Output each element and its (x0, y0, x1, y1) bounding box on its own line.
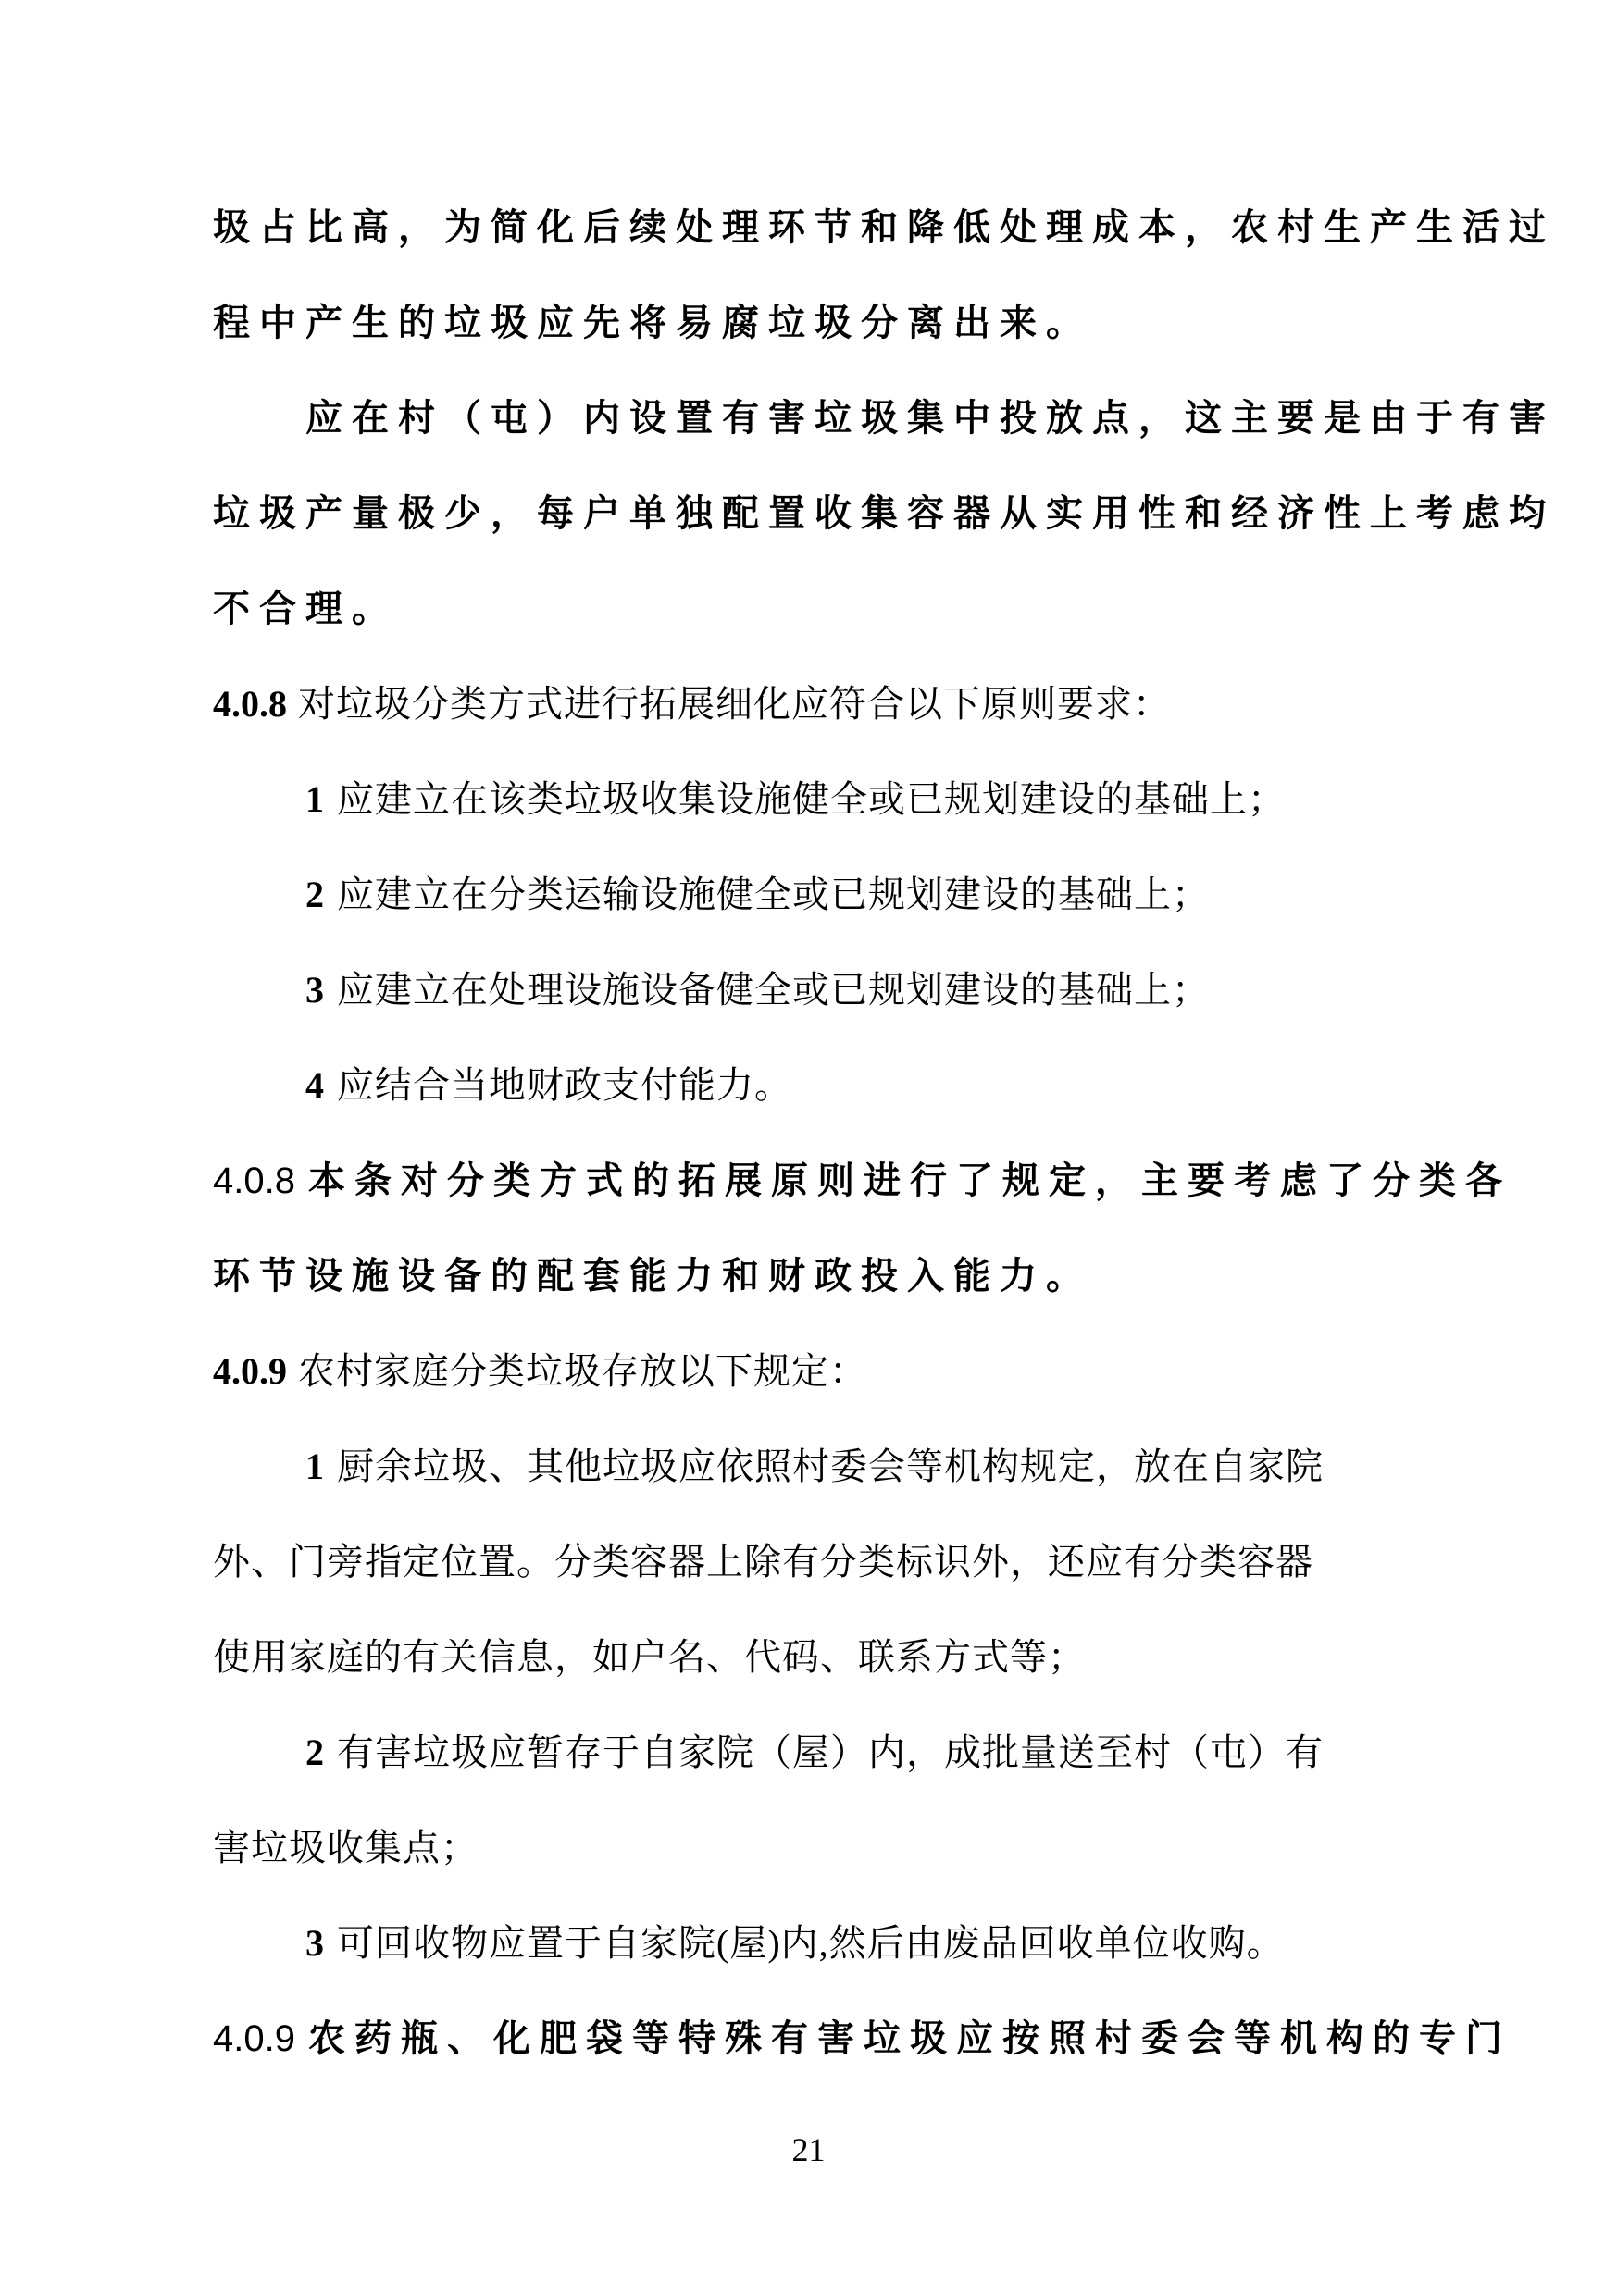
explanation-heading-4-0-9: 4.0.9农药瓶、化肥袋等特殊有害垃圾应按照村委会等机构的专门 (213, 2015, 1416, 2063)
explanation-text: 农药瓶、化肥袋等特殊有害垃圾应按照村委会等机构的专门 (308, 2017, 1511, 2060)
item-number: 1 (305, 778, 324, 820)
item-text: 可回收物应置于自家院(屋)内,然后由废品回收单位收购。 (337, 1922, 1285, 1964)
document-page: 圾占比高，为简化后续处理环节和降低处理成本，农村生产生活过 程中产生的垃圾应先将… (0, 0, 1617, 2296)
clause-title: 对垃圾分类方式进行拓展细化应符合以下原则要求： (298, 683, 1171, 725)
explanation-text: 本条对分类方式的拓展原则进行了规定，主要考虑了分类各 (308, 1159, 1511, 1202)
item-number: 2 (305, 874, 324, 915)
clause-number: 4.0.8 (213, 683, 287, 725)
clause-item-continuation: 害垃圾收集点； (213, 1824, 1416, 1872)
item-number: 3 (305, 1922, 324, 1964)
clause-item: 2应建立在分类运输设施健全或已规划建设的基础上； (305, 871, 1509, 919)
item-number: 1 (305, 1446, 324, 1487)
item-text: 应建立在分类运输设施健全或已规划建设的基础上； (337, 874, 1210, 915)
clause-item: 3可回收物应置于自家院(屋)内,然后由废品回收单位收购。 (305, 1919, 1509, 1967)
explanation-number: 4.0.8 (213, 1160, 295, 1201)
explanation-heading-4-0-8: 4.0.8本条对分类方式的拓展原则进行了规定，主要考虑了分类各 (213, 1157, 1416, 1205)
item-text: 厨余垃圾、其他垃圾应依照村委会等机构规定，放在自家院 (337, 1446, 1324, 1487)
item-number: 4 (305, 1064, 324, 1106)
item-text: 应建立在该类垃圾收集设施健全或已规划建设的基础上； (337, 778, 1286, 820)
clause-item-continuation: 使用家庭的有关信息，如户名、代码、联系方式等； (213, 1633, 1416, 1682)
explanation-line: 环节设施设备的配套能力和财政投入能力。 (213, 1252, 1416, 1300)
item-text: 应建立在处理设施设备健全或已规划建设的基础上； (337, 969, 1210, 1011)
explanation-line: 圾占比高，为简化后续处理环节和降低处理成本，农村生产生活过 (213, 204, 1416, 252)
page-number: 21 (0, 2130, 1617, 2169)
clause-item: 3应建立在处理设施设备健全或已规划建设的基础上； (305, 966, 1509, 1014)
clause-item: 1应建立在该类垃圾收集设施健全或已规划建设的基础上； (305, 776, 1509, 824)
explanation-line: 不合理。 (213, 585, 1416, 633)
item-number: 3 (305, 969, 324, 1011)
explanation-line: 垃圾产量极少，每户单独配置收集容器从实用性和经济性上考虑均 (213, 490, 1416, 538)
explanation-number: 4.0.9 (213, 2018, 295, 2059)
explanation-line: 应在村（屯）内设置有害垃圾集中投放点，这主要是由于有害 (305, 394, 1509, 442)
clause-item: 4应结合当地财政支付能力。 (305, 1061, 1509, 1110)
item-number: 2 (305, 1731, 324, 1773)
clause-heading-4-0-9: 4.0.9农村家庭分类垃圾存放以下规定： (213, 1347, 1416, 1396)
clause-item: 1厨余垃圾、其他垃圾应依照村委会等机构规定，放在自家院 (305, 1443, 1509, 1491)
clause-title: 农村家庭分类垃圾存放以下规定： (298, 1350, 867, 1392)
item-text: 应结合当地财政支付能力。 (337, 1064, 792, 1106)
clause-item-continuation: 外、门旁指定位置。分类容器上除有分类标识外，还应有分类容器 (213, 1538, 1416, 1586)
item-text: 有害垃圾应暂存于自家院（屋）内，成批量送至村（屯）有 (337, 1731, 1324, 1773)
explanation-line: 程中产生的垃圾应先将易腐垃圾分离出来。 (213, 299, 1416, 347)
clause-number: 4.0.9 (213, 1350, 287, 1392)
clause-item: 2有害垃圾应暂存于自家院（屋）内，成批量送至村（屯）有 (305, 1729, 1509, 1777)
clause-heading-4-0-8: 4.0.8对垃圾分类方式进行拓展细化应符合以下原则要求： (213, 680, 1416, 728)
